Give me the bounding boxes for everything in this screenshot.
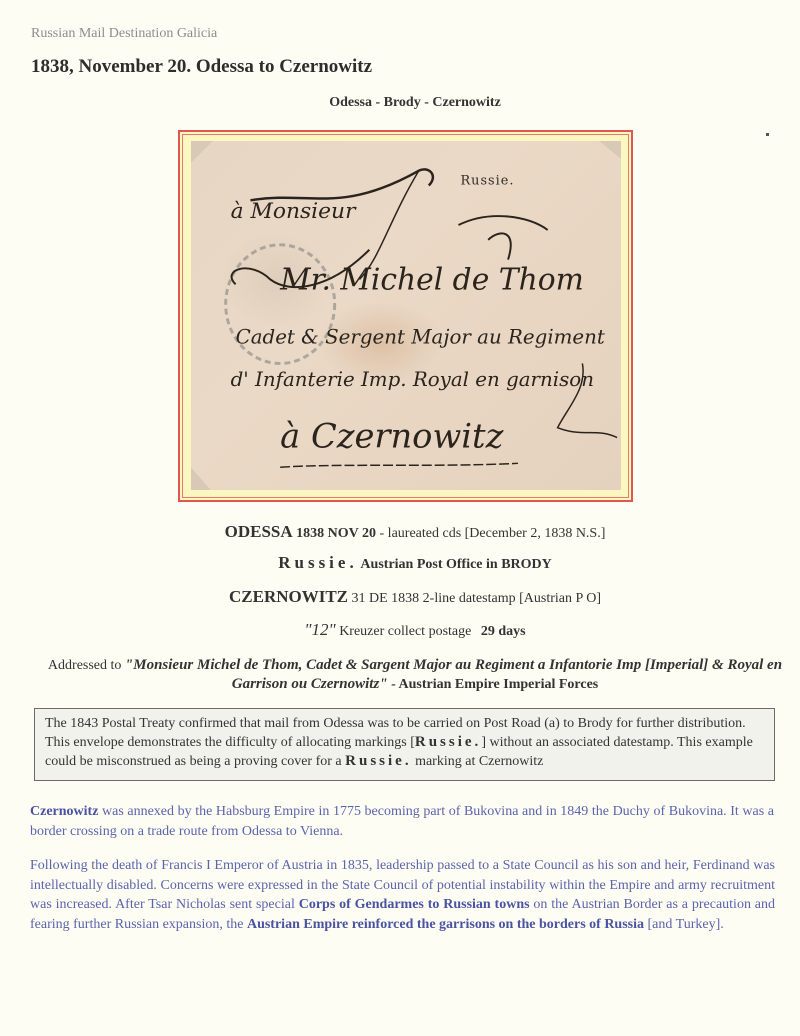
para2-bold-2: Austrian Empire reinforced the garrisons… <box>247 917 644 932</box>
address-line-4: d' Infanterie Imp. Royal en garnison <box>231 368 594 391</box>
addressee-suffix: - Austrian Empire Imperial Forces <box>388 677 599 692</box>
cover-envelope-image: Russie. à Monsieur Mr. Michel de Thom Ca… <box>191 141 621 490</box>
caption-postage-amount: "12" <box>304 620 335 639</box>
addressee-prefix: Addressed to <box>48 658 125 673</box>
caption-czernowitz-detail: 31 DE 1838 2-line datestamp [Austrian P … <box>348 591 601 606</box>
scan-speck <box>766 133 769 136</box>
caption-odessa-date: 1838 NOV 20 <box>296 526 376 541</box>
para2-bold-1: Corps of Gendarmes to Russian towns <box>299 897 530 912</box>
caption-transit-days: 29 days <box>481 624 526 639</box>
note-text-3: marking at Czernowitz <box>412 754 544 769</box>
handwriting-illustration: Russie. à Monsieur Mr. Michel de Thom Ca… <box>191 141 621 490</box>
caption-czernowitz-datestamp: CZERNOWITZ 31 DE 1838 2-line datestamp [… <box>0 587 800 607</box>
address-line-3: Cadet & Sergent Major au Regiment <box>236 326 605 349</box>
addressee-description: Addressed to "Monsieur Michel de Thom, C… <box>0 656 800 694</box>
caption-odessa-name: ODESSA <box>225 522 293 541</box>
russie-marking: Russie. <box>460 174 514 189</box>
austria-history-paragraph: Following the death of Francis I Emperor… <box>30 856 775 934</box>
para2-text-3: [and Turkey]. <box>644 917 724 932</box>
caption-postage: "12" Kreuzer collect postage 29 days <box>0 620 800 640</box>
postal-treaty-note-box: The 1843 Postal Treaty confirmed that ma… <box>34 708 775 781</box>
cover-image-frame: Russie. à Monsieur Mr. Michel de Thom Ca… <box>178 130 633 502</box>
address-line-2: Mr. Michel de Thom <box>279 262 584 297</box>
page-title: 1838, November 20. Odessa to Czernowitz <box>31 56 372 78</box>
para1-bold: Czernowitz <box>30 804 98 819</box>
para1-text: was annexed by the Habsburg Empire in 17… <box>30 804 774 839</box>
caption-russie-marking: Russie. Austrian Post Office in BRODY <box>0 553 800 573</box>
note-marking-2: Russie. <box>345 753 411 769</box>
caption-czernowitz-name: CZERNOWITZ <box>229 587 348 606</box>
note-marking-1: Russie. <box>415 734 481 750</box>
route-subtitle: Odessa - Brody - Czernowitz <box>0 95 800 111</box>
caption-brody-detail: Austrian Post Office in BRODY <box>358 557 552 572</box>
address-line-1: à Monsieur <box>231 199 357 224</box>
caption-odessa-cds: ODESSA 1838 NOV 20 - laureated cds [Dece… <box>0 522 800 542</box>
caption-russie-text: Russie. <box>278 553 357 572</box>
czernowitz-history-paragraph: Czernowitz was annexed by the Habsburg E… <box>30 802 774 841</box>
address-line-5: à Czernowitz <box>280 417 503 456</box>
caption-postage-detail: Kreuzer collect postage <box>336 624 472 639</box>
series-heading: Russian Mail Destination Galicia <box>31 26 217 42</box>
caption-odessa-detail: - laureated cds [December 2, 1838 N.S.] <box>376 526 605 541</box>
